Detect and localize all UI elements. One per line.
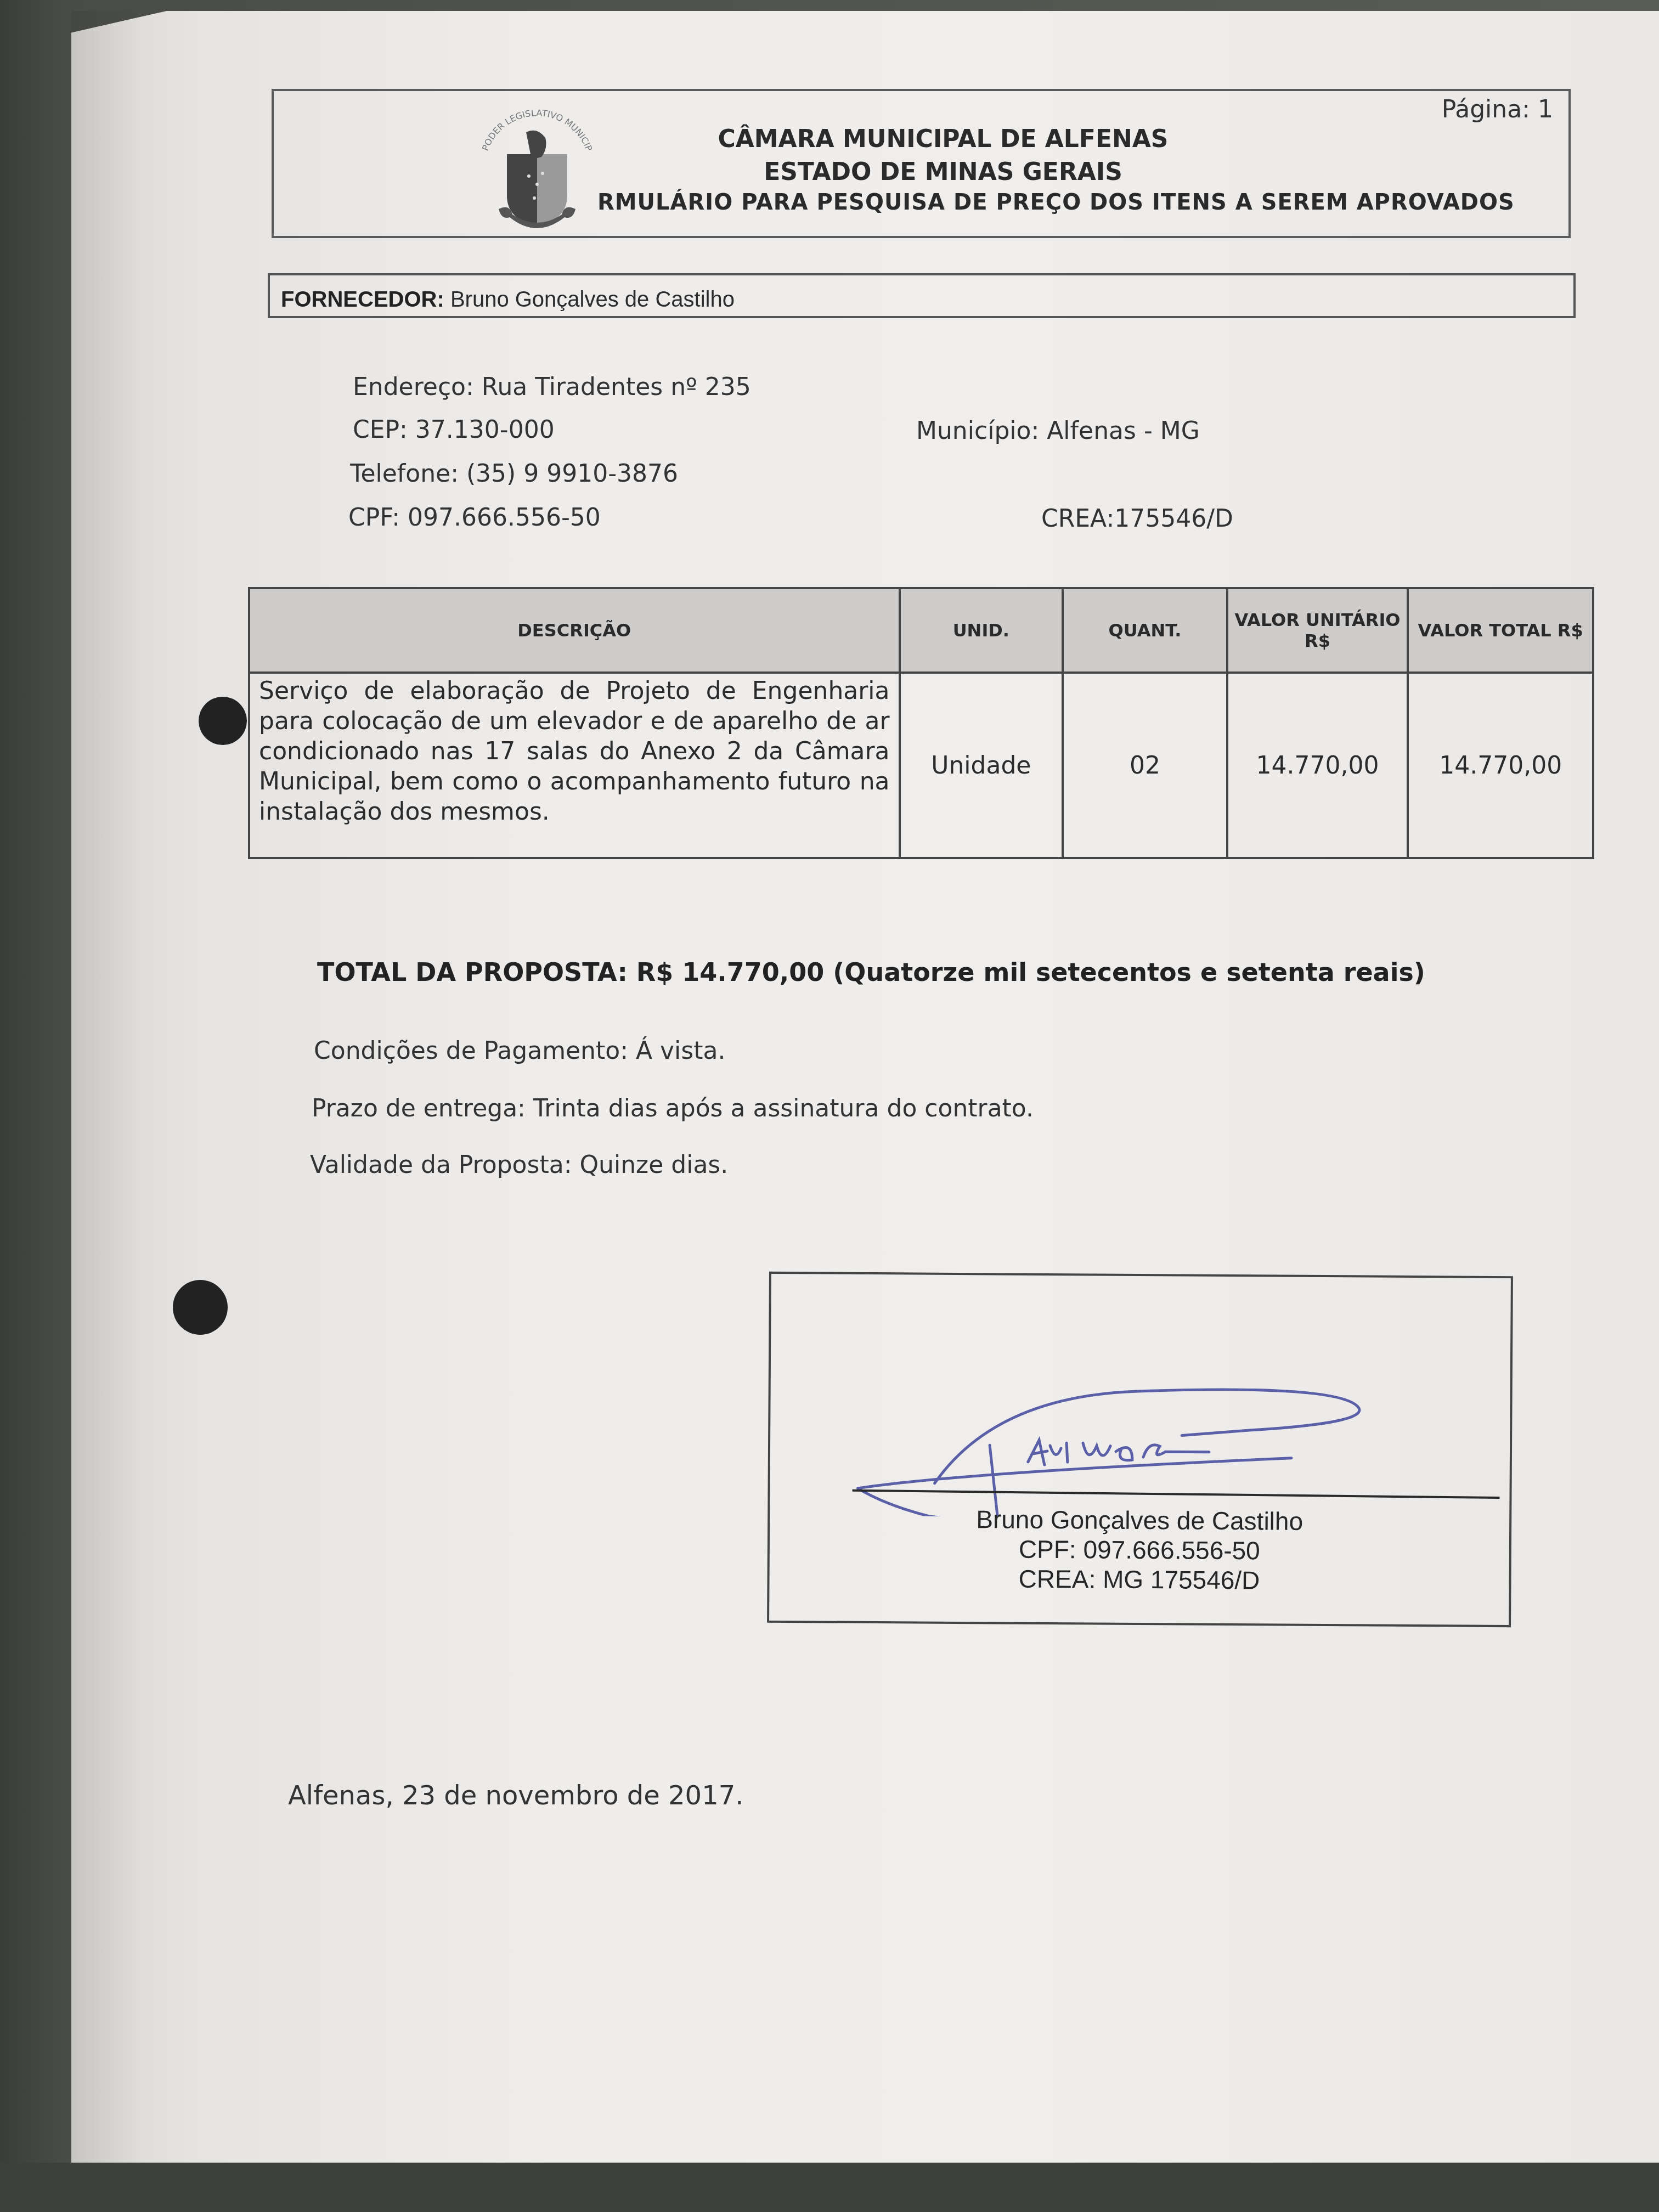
table-header-row: DESCRIÇÃO UNID. QUANT. VALOR UNITÁRIO R$… [249,588,1593,673]
supplier-label: FORNECEDOR: [281,287,444,312]
org-name: CÂMARA MUNICIPAL DE ALFENAS [296,125,1590,153]
state-name: ESTADO DE MINAS GERAIS [296,158,1590,186]
column-header-description: DESCRIÇÃO [249,588,900,673]
payment-conditions: Condições de Pagamento: Á vista. [314,1037,725,1065]
cell-quantity: 02 [1063,673,1227,858]
cell-total-value: 14.770,00 [1408,673,1593,858]
cpf: CPF: 097.666.556-50 [348,504,601,532]
column-header-unit: UNID. [900,588,1063,673]
cep: CEP: 37.130-000 [353,416,555,444]
proposal-total: TOTAL DA PROPOSTA: R$ 14.770,00 (Quatorz… [317,957,1425,987]
signer-crea: CREA: MG 175546/D [769,1562,1509,1596]
municipality: Município: Alfenas - MG [916,417,1200,445]
address: Endereço: Rua Tiradentes nº 235 [353,373,751,401]
cell-unit: Unidade [900,673,1063,858]
date-line: Alfenas, 23 de novembro de 2017. [288,1780,743,1811]
document-header: Página: 1 PODER LEGISLATIVO MUNICIPAL CÂ… [272,89,1571,238]
column-header-unit-value: VALOR UNITÁRIO R$ [1227,588,1408,673]
supplier-box: FORNECEDOR: Bruno Gonçalves de Castilho [268,273,1576,318]
cell-unit-value: 14.770,00 [1227,673,1408,858]
items-table: DESCRIÇÃO UNID. QUANT. VALOR UNITÁRIO R$… [248,587,1594,859]
signer-name: Bruno Gonçalves de Castilho [770,1503,1509,1537]
column-header-total-value: VALOR TOTAL R$ [1408,588,1593,673]
delivery-term: Prazo de entrega: Trinta dias após a ass… [312,1094,1034,1122]
column-header-quantity: QUANT. [1063,588,1227,673]
proposal-validity: Validade da Proposta: Quinze dias. [310,1151,728,1179]
punch-hole [173,1280,228,1335]
supplier-name: Bruno Gonçalves de Castilho [450,287,735,312]
signature-box: Bruno Gonçalves de Castilho CPF: 097.666… [767,1272,1513,1627]
crea: CREA:175546/D [1041,505,1233,533]
table-row: Serviço de elaboração de Projeto de Enge… [249,673,1593,858]
phone: Telefone: (35) 9 9910-3876 [350,460,678,488]
signer-cpf: CPF: 097.666.556-50 [770,1533,1509,1567]
page-number: Página: 1 [1442,95,1553,123]
punch-hole [199,697,247,745]
form-title: RMULÁRIO PARA PESQUISA DE PREÇO DOS ITEN… [597,190,1515,215]
background-surface [0,2163,1659,2212]
cell-description: Serviço de elaboração de Projeto de Enge… [249,673,900,858]
